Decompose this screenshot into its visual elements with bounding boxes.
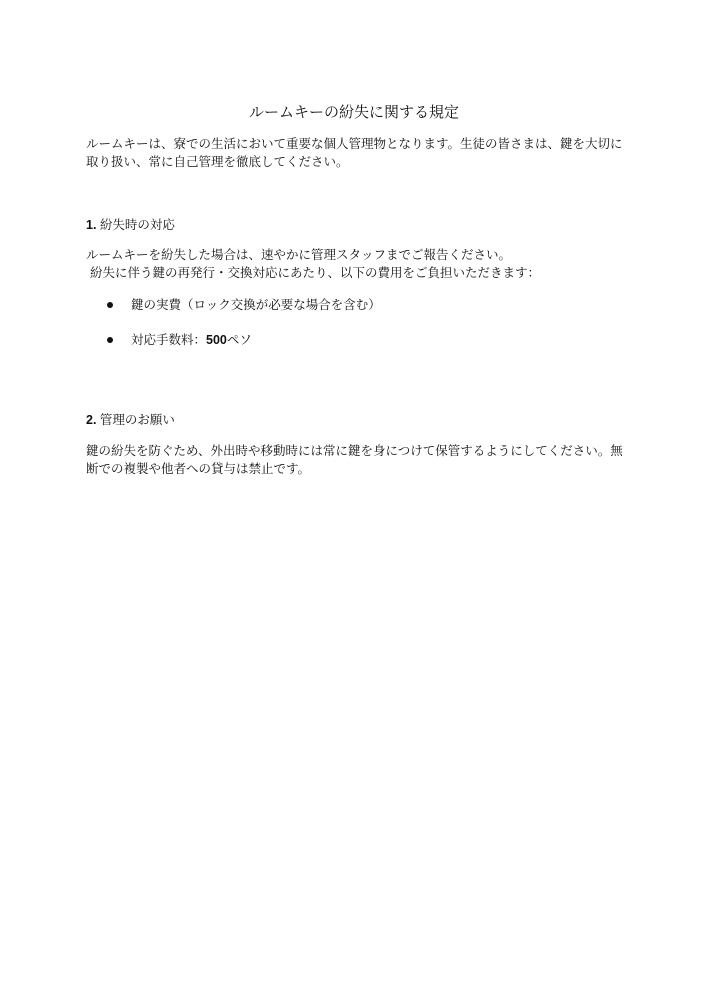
section-2-paragraph: 鍵の紛失を防ぐため、外出時や移動時には常に鍵を身につけて保管するようにしてくださ… — [86, 442, 631, 478]
section-1-title: 紛失時の対応 — [100, 218, 175, 232]
fee-currency: ペソ — [227, 331, 252, 349]
section-1-line-2: 紛失に伴う鍵の再発行・交換対応にあたり、以下の費用をご負担いただきます： — [86, 264, 631, 282]
bullet-icon — [107, 337, 113, 343]
intro-line-2: 取り扱い、常に自己管理を徹底してください。 — [86, 153, 631, 171]
bullet-icon — [107, 302, 113, 308]
section-2-heading: 2. 管理のお願い — [86, 411, 175, 429]
bullet-item-handling-fee: 対応手数料：500ペソ — [107, 331, 252, 349]
fee-amount: 500 — [206, 331, 227, 349]
section-1-paragraph: ルームキーを紛失した場合は、速やかに管理スタッフまでご報告ください。 紛失に伴う… — [86, 246, 631, 282]
section-1-line-1: ルームキーを紛失した場合は、速やかに管理スタッフまでご報告ください。 — [86, 246, 631, 264]
section-2-number: 2. — [86, 413, 96, 427]
document-title: ルームキーの紛失に関する規定 — [0, 103, 708, 123]
section-2-line-2: 断での複製や他者への貸与は禁止です。 — [86, 460, 631, 478]
intro-line-1: ルームキーは、寮での生活において重要な個人管理物となります。生徒の皆さまは、鍵を… — [86, 135, 631, 153]
intro-paragraph: ルームキーは、寮での生活において重要な個人管理物となります。生徒の皆さまは、鍵を… — [86, 135, 631, 171]
bullet-text: 鍵の実費（ロック交換が必要な場合を含む） — [131, 296, 381, 314]
section-2-line-1: 鍵の紛失を防ぐため、外出時や移動時には常に鍵を身につけて保管するようにしてくださ… — [86, 442, 631, 460]
section-2-title: 管理のお願い — [100, 413, 175, 427]
fee-label: 対応手数料： — [131, 331, 206, 349]
bullet-item-key-cost: 鍵の実費（ロック交換が必要な場合を含む） — [107, 296, 381, 314]
section-1-heading: 1. 紛失時の対応 — [86, 216, 175, 234]
document-page: ルームキーの紛失に関する規定 ルームキーは、寮での生活において重要な個人管理物と… — [0, 0, 708, 1000]
section-1-number: 1. — [86, 218, 96, 232]
